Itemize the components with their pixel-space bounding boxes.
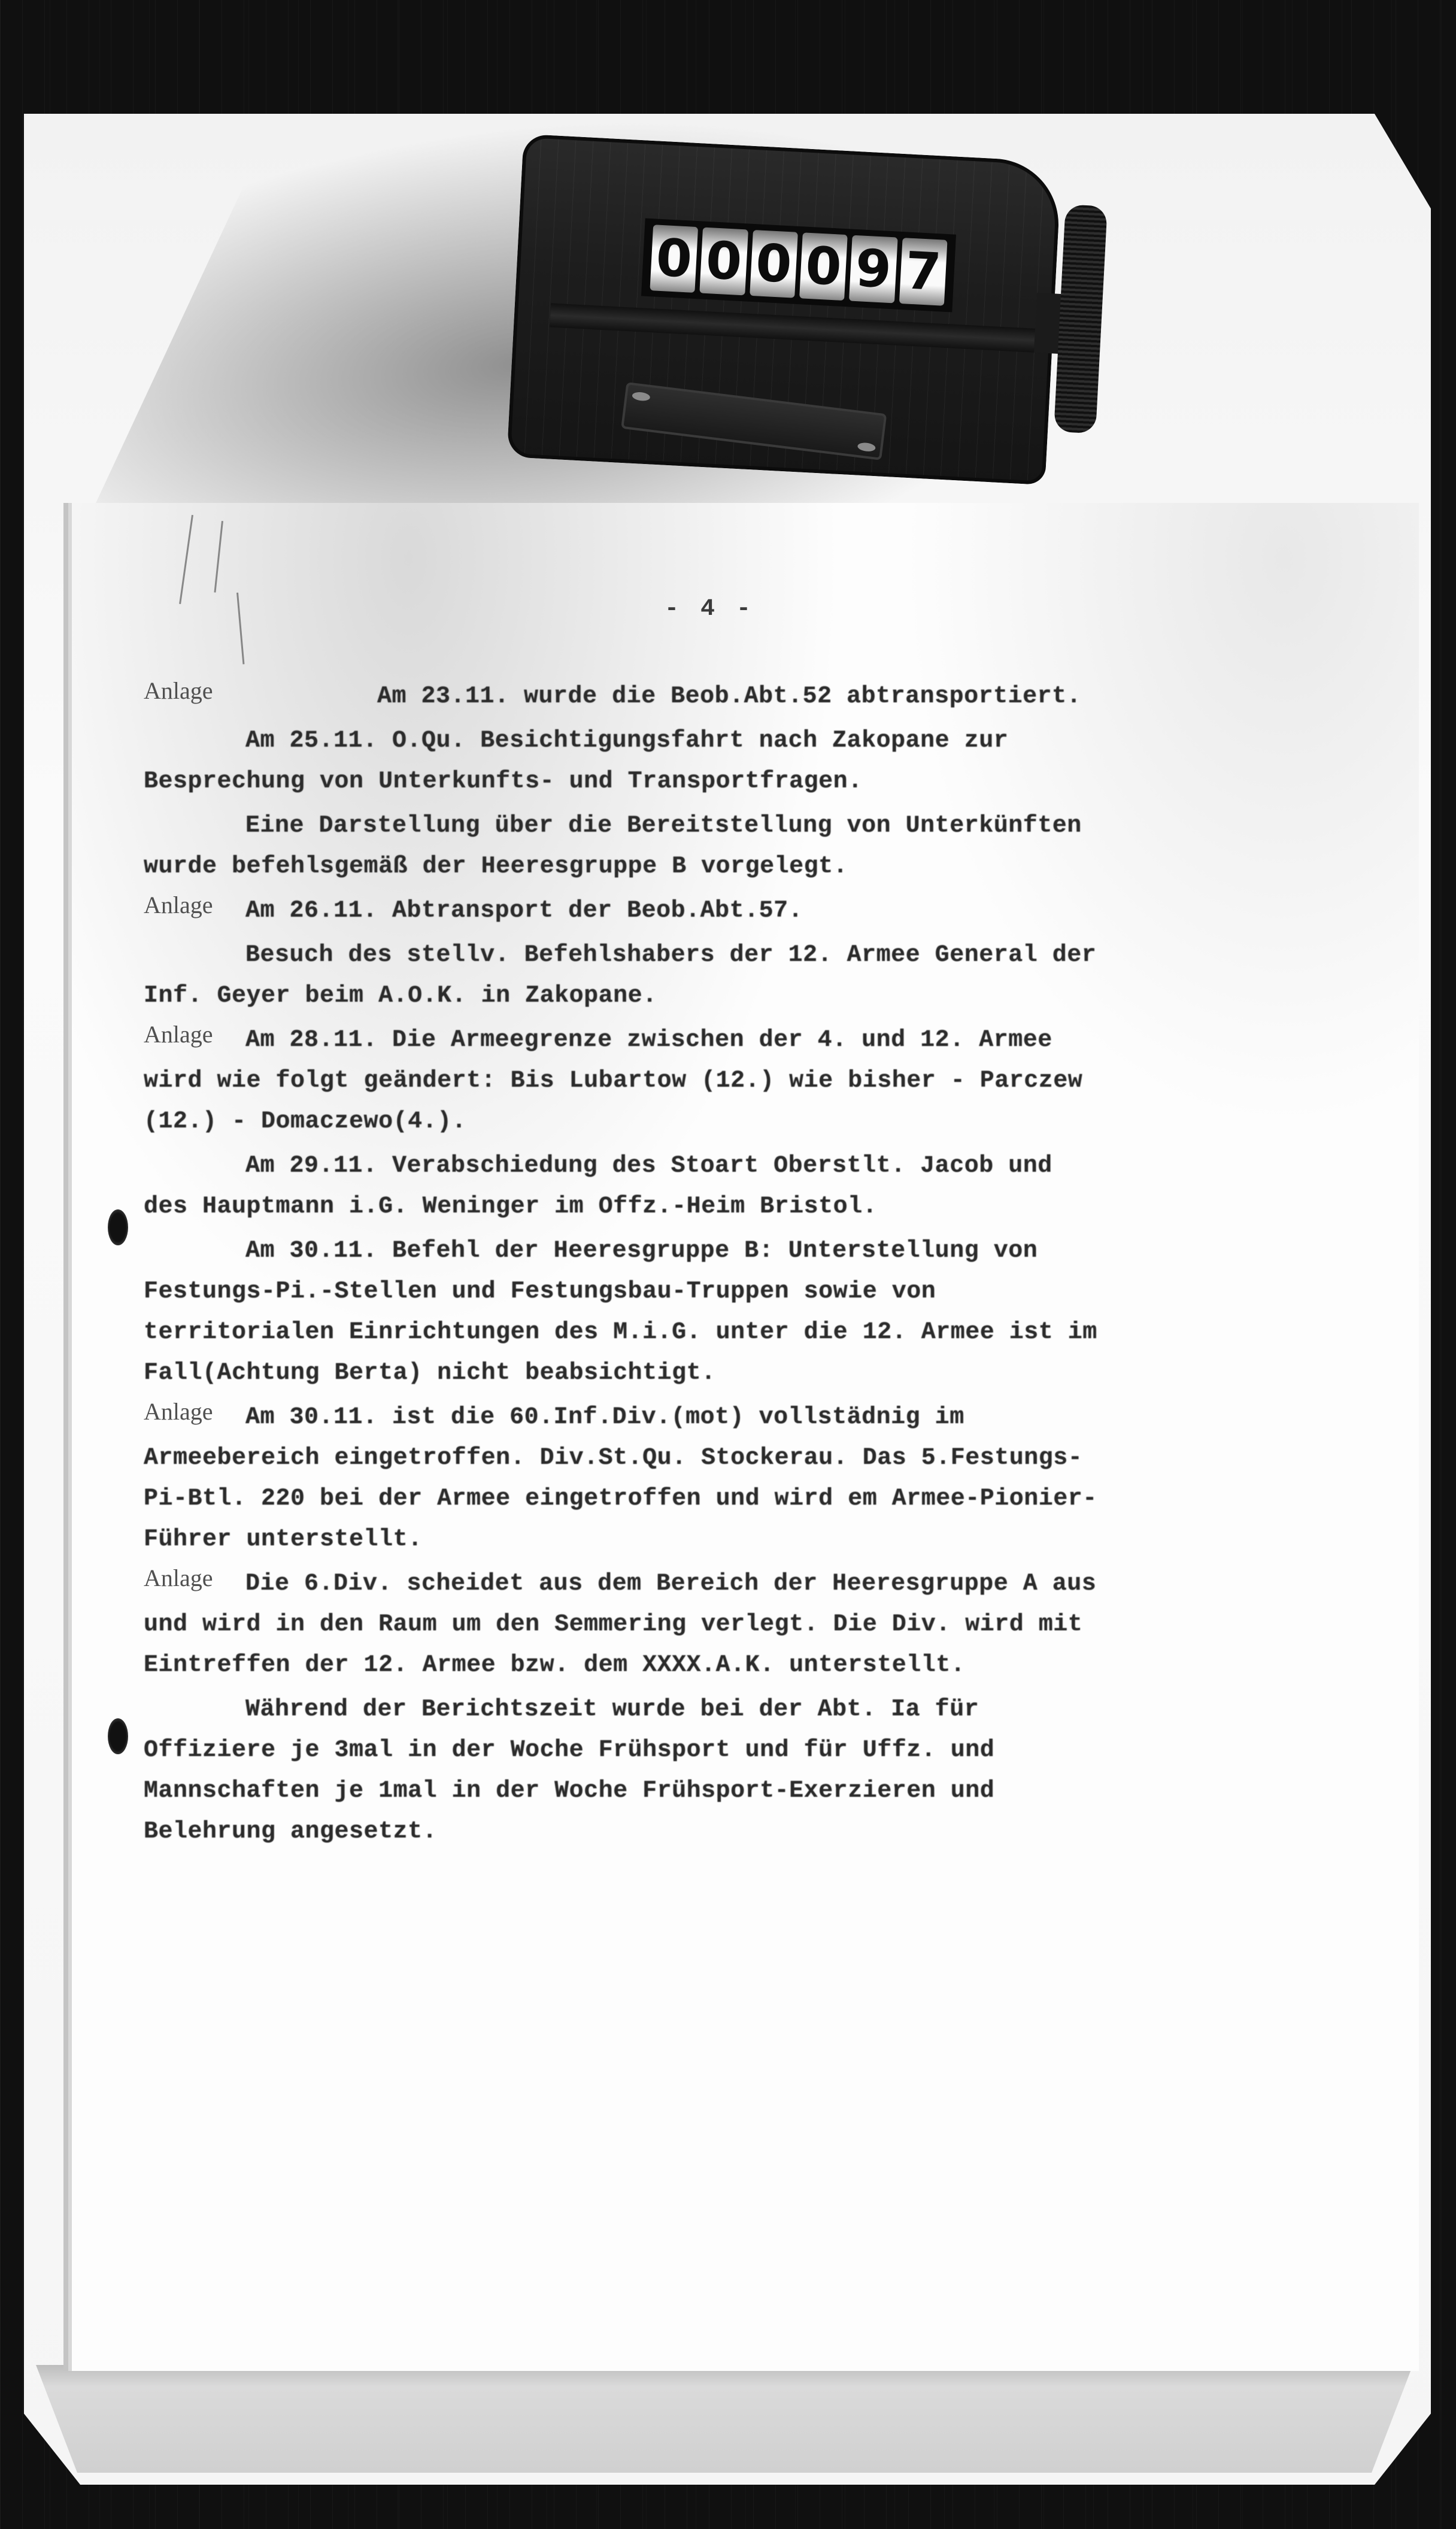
paragraph: Am 29.11. Verabschiedung des Stoart Ober… xyxy=(144,1146,1108,1227)
counter-knob xyxy=(1054,204,1108,433)
margin-scratch xyxy=(179,515,193,604)
document-page: - 4 - Anlage Am 23.11. wurde die Beob.Ab… xyxy=(72,503,1419,2371)
entry: Am 29.11. Verabschiedung des Stoart Ober… xyxy=(144,1146,1377,1227)
entry: Besuch des stellv. Befehlshabers der 12.… xyxy=(144,935,1377,1017)
counter-digit: 9 xyxy=(849,235,897,304)
counter-digit: 0 xyxy=(700,228,748,296)
document-body: Anlage Am 23.11. wurde die Beob.Abt.52 a… xyxy=(144,677,1377,1856)
paragraph: Am 30.11. ist die 60.Inf.Div.(mot) volls… xyxy=(144,1397,1108,1560)
entry: Eine Darstellung über die Bereitstellung… xyxy=(144,806,1377,887)
margin-scratch xyxy=(214,521,223,593)
entry: Anlage Am 28.11. Die Armeegrenze zwische… xyxy=(144,1020,1377,1142)
entry: Anlage Die 6.Div. scheidet aus dem Berei… xyxy=(144,1564,1377,1686)
counter-digit: 0 xyxy=(799,232,848,301)
margin-note: Anlage xyxy=(144,677,213,705)
counter-display: 0 0 0 0 9 7 xyxy=(641,218,956,312)
entry: Am 25.11. O.Qu. Besichtigungsfahrt nach … xyxy=(144,721,1377,802)
paragraph: Am 25.11. O.Qu. Besichtigungsfahrt nach … xyxy=(144,721,1108,802)
entry: Während der Berichtszeit wurde bei der A… xyxy=(144,1690,1377,1852)
hole-punch xyxy=(108,1718,128,1754)
counter-digit: 0 xyxy=(650,225,698,293)
page-number: - 4 - xyxy=(36,596,1383,623)
paragraph: Am 23.11. wurde die Beob.Abt.52 abtransp… xyxy=(275,677,1239,717)
hole-punch xyxy=(108,1209,128,1245)
paragraph: Eine Darstellung über die Bereitstellung… xyxy=(144,806,1108,887)
counter-digit: 7 xyxy=(899,238,948,306)
paragraph: Während der Berichtszeit wurde bei der A… xyxy=(144,1690,1108,1852)
paragraph: Die 6.Div. scheidet aus dem Bereich der … xyxy=(144,1564,1108,1686)
paragraph: Am 28.11. Die Armeegrenze zwischen der 4… xyxy=(144,1020,1108,1142)
paragraph: Am 26.11. Abtransport der Beob.Abt.57. xyxy=(144,891,1108,932)
entry: Anlage Am 23.11. wurde die Beob.Abt.52 a… xyxy=(144,677,1377,717)
counter-digit: 0 xyxy=(750,230,798,298)
paragraph: Besuch des stellv. Befehlshabers der 12.… xyxy=(144,935,1108,1017)
entry: Am 30.11. Befehl der Heeresgruppe B: Unt… xyxy=(144,1231,1377,1394)
entry: Anlage Am 30.11. ist die 60.Inf.Div.(mot… xyxy=(144,1397,1377,1560)
entry: Anlage Am 26.11. Abtransport der Beob.Ab… xyxy=(144,891,1377,932)
counter-body: 0 0 0 0 9 7 xyxy=(507,134,1062,485)
paragraph: Am 30.11. Befehl der Heeresgruppe B: Unt… xyxy=(144,1231,1108,1394)
folder-bottom-edge xyxy=(36,2365,1413,2473)
frame-counter-device: 0 0 0 0 9 7 xyxy=(489,127,1152,496)
counter-reset-slot xyxy=(621,382,887,460)
counter-ridge xyxy=(550,303,1047,353)
